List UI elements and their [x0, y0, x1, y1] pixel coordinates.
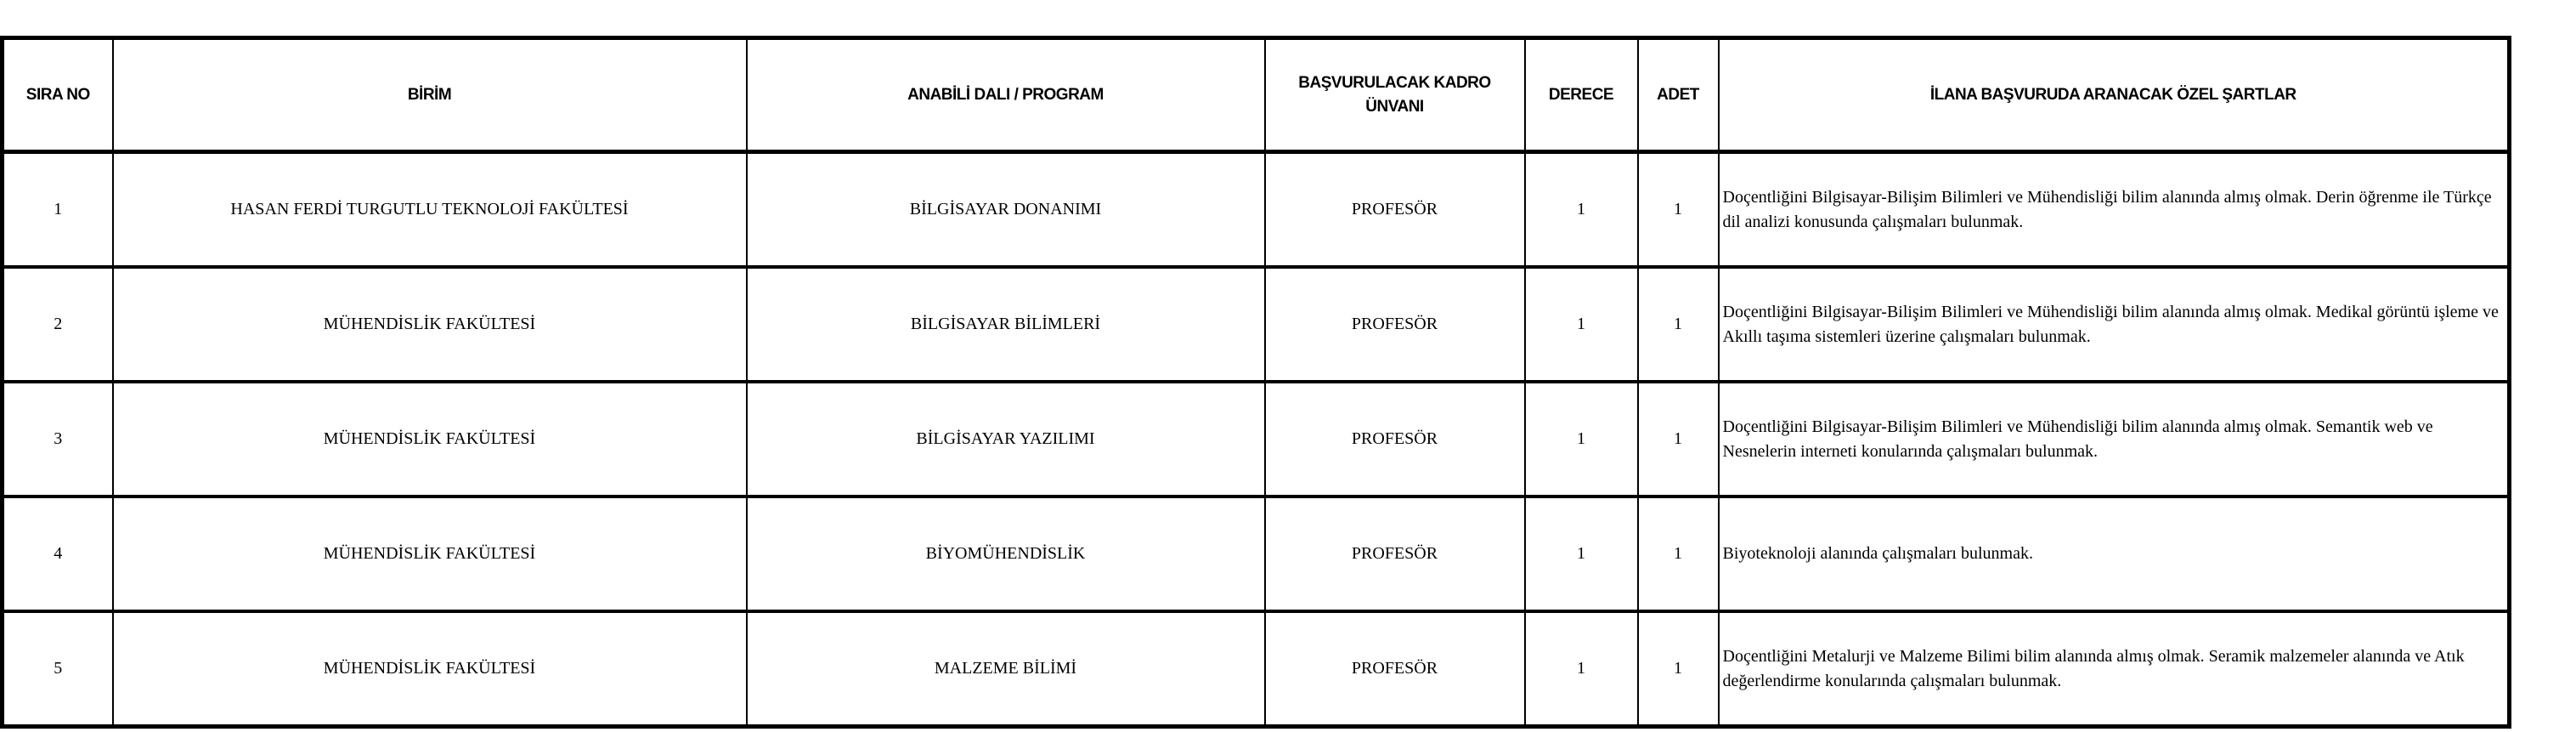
cell-adet: 1	[1638, 267, 1719, 382]
cell-adet: 1	[1638, 611, 1719, 727]
faculty-position-table: SIRA NO BİRİM ANABİLİ DALI / PROGRAM BAŞ…	[0, 36, 2511, 729]
cell-anabilim-dali: BİLGİSAYAR BİLİMLERİ	[747, 267, 1265, 382]
cell-adet: 1	[1638, 497, 1719, 611]
header-sira-no: SIRA NO	[3, 38, 113, 152]
cell-anabilim-dali: MALZEME BİLİMİ	[747, 611, 1265, 727]
cell-birim: MÜHENDİSLİK FAKÜLTESİ	[113, 382, 747, 497]
table-row: 4 MÜHENDİSLİK FAKÜLTESİ BİYOMÜHENDİSLİK …	[3, 497, 2510, 611]
cell-derece: 1	[1525, 152, 1638, 268]
cell-adet: 1	[1638, 382, 1719, 497]
header-ozel-sartlar: İLANA BAŞVURUDA ARANACAK ÖZEL ŞARTLAR	[1719, 38, 2510, 152]
cell-birim: MÜHENDİSLİK FAKÜLTESİ	[113, 611, 747, 727]
cell-kadro-unvani: PROFESÖR	[1265, 267, 1525, 382]
cell-kadro-unvani: PROFESÖR	[1265, 611, 1525, 727]
header-anabilim-dali: ANABİLİ DALI / PROGRAM	[747, 38, 1265, 152]
cell-kadro-unvani: PROFESÖR	[1265, 152, 1525, 268]
cell-derece: 1	[1525, 267, 1638, 382]
header-birim: BİRİM	[113, 38, 747, 152]
cell-ozel-sartlar: Doçentliğini Bilgisayar-Bilişim Bilimler…	[1719, 382, 2510, 497]
header-kadro-unvani: BAŞVURULACAK KADRO ÜNVANI	[1265, 38, 1525, 152]
cell-kadro-unvani: PROFESÖR	[1265, 497, 1525, 611]
cell-adet: 1	[1638, 152, 1719, 268]
cell-sira-no: 3	[3, 382, 113, 497]
table-header-row: SIRA NO BİRİM ANABİLİ DALI / PROGRAM BAŞ…	[3, 38, 2510, 152]
cell-derece: 1	[1525, 382, 1638, 497]
cell-sira-no: 4	[3, 497, 113, 611]
table-row: 2 MÜHENDİSLİK FAKÜLTESİ BİLGİSAYAR BİLİM…	[3, 267, 2510, 382]
cell-sira-no: 2	[3, 267, 113, 382]
cell-sira-no: 1	[3, 152, 113, 268]
cell-anabilim-dali: BİYOMÜHENDİSLİK	[747, 497, 1265, 611]
cell-birim: MÜHENDİSLİK FAKÜLTESİ	[113, 267, 747, 382]
cell-derece: 1	[1525, 497, 1638, 611]
cell-ozel-sartlar: Doçentliğini Metalurji ve Malzeme Bilimi…	[1719, 611, 2510, 727]
header-adet: ADET	[1638, 38, 1719, 152]
header-derece: DERECE	[1525, 38, 1638, 152]
cell-birim: HASAN FERDİ TURGUTLU TEKNOLOJİ FAKÜLTESİ	[113, 152, 747, 268]
cell-ozel-sartlar: Doçentliğini Bilgisayar-Bilişim Bilimler…	[1719, 267, 2510, 382]
table-row: 1 HASAN FERDİ TURGUTLU TEKNOLOJİ FAKÜLTE…	[3, 152, 2510, 268]
cell-derece: 1	[1525, 611, 1638, 727]
table-row: 5 MÜHENDİSLİK FAKÜLTESİ MALZEME BİLİMİ P…	[3, 611, 2510, 727]
table-row: 3 MÜHENDİSLİK FAKÜLTESİ BİLGİSAYAR YAZIL…	[3, 382, 2510, 497]
cell-ozel-sartlar: Biyoteknoloji alanında çalışmaları bulun…	[1719, 497, 2510, 611]
cell-birim: MÜHENDİSLİK FAKÜLTESİ	[113, 497, 747, 611]
cell-anabilim-dali: BİLGİSAYAR DONANIMI	[747, 152, 1265, 268]
header-kadro-unvani-text: BAŞVURULACAK KADRO ÜNVANI	[1293, 71, 1497, 119]
cell-kadro-unvani: PROFESÖR	[1265, 382, 1525, 497]
cell-sira-no: 5	[3, 611, 113, 727]
cell-ozel-sartlar: Doçentliğini Bilgisayar-Bilişim Bilimler…	[1719, 152, 2510, 268]
document-sheet: SIRA NO BİRİM ANABİLİ DALI / PROGRAM BAŞ…	[0, 36, 2507, 729]
cell-anabilim-dali: BİLGİSAYAR YAZILIMI	[747, 382, 1265, 497]
